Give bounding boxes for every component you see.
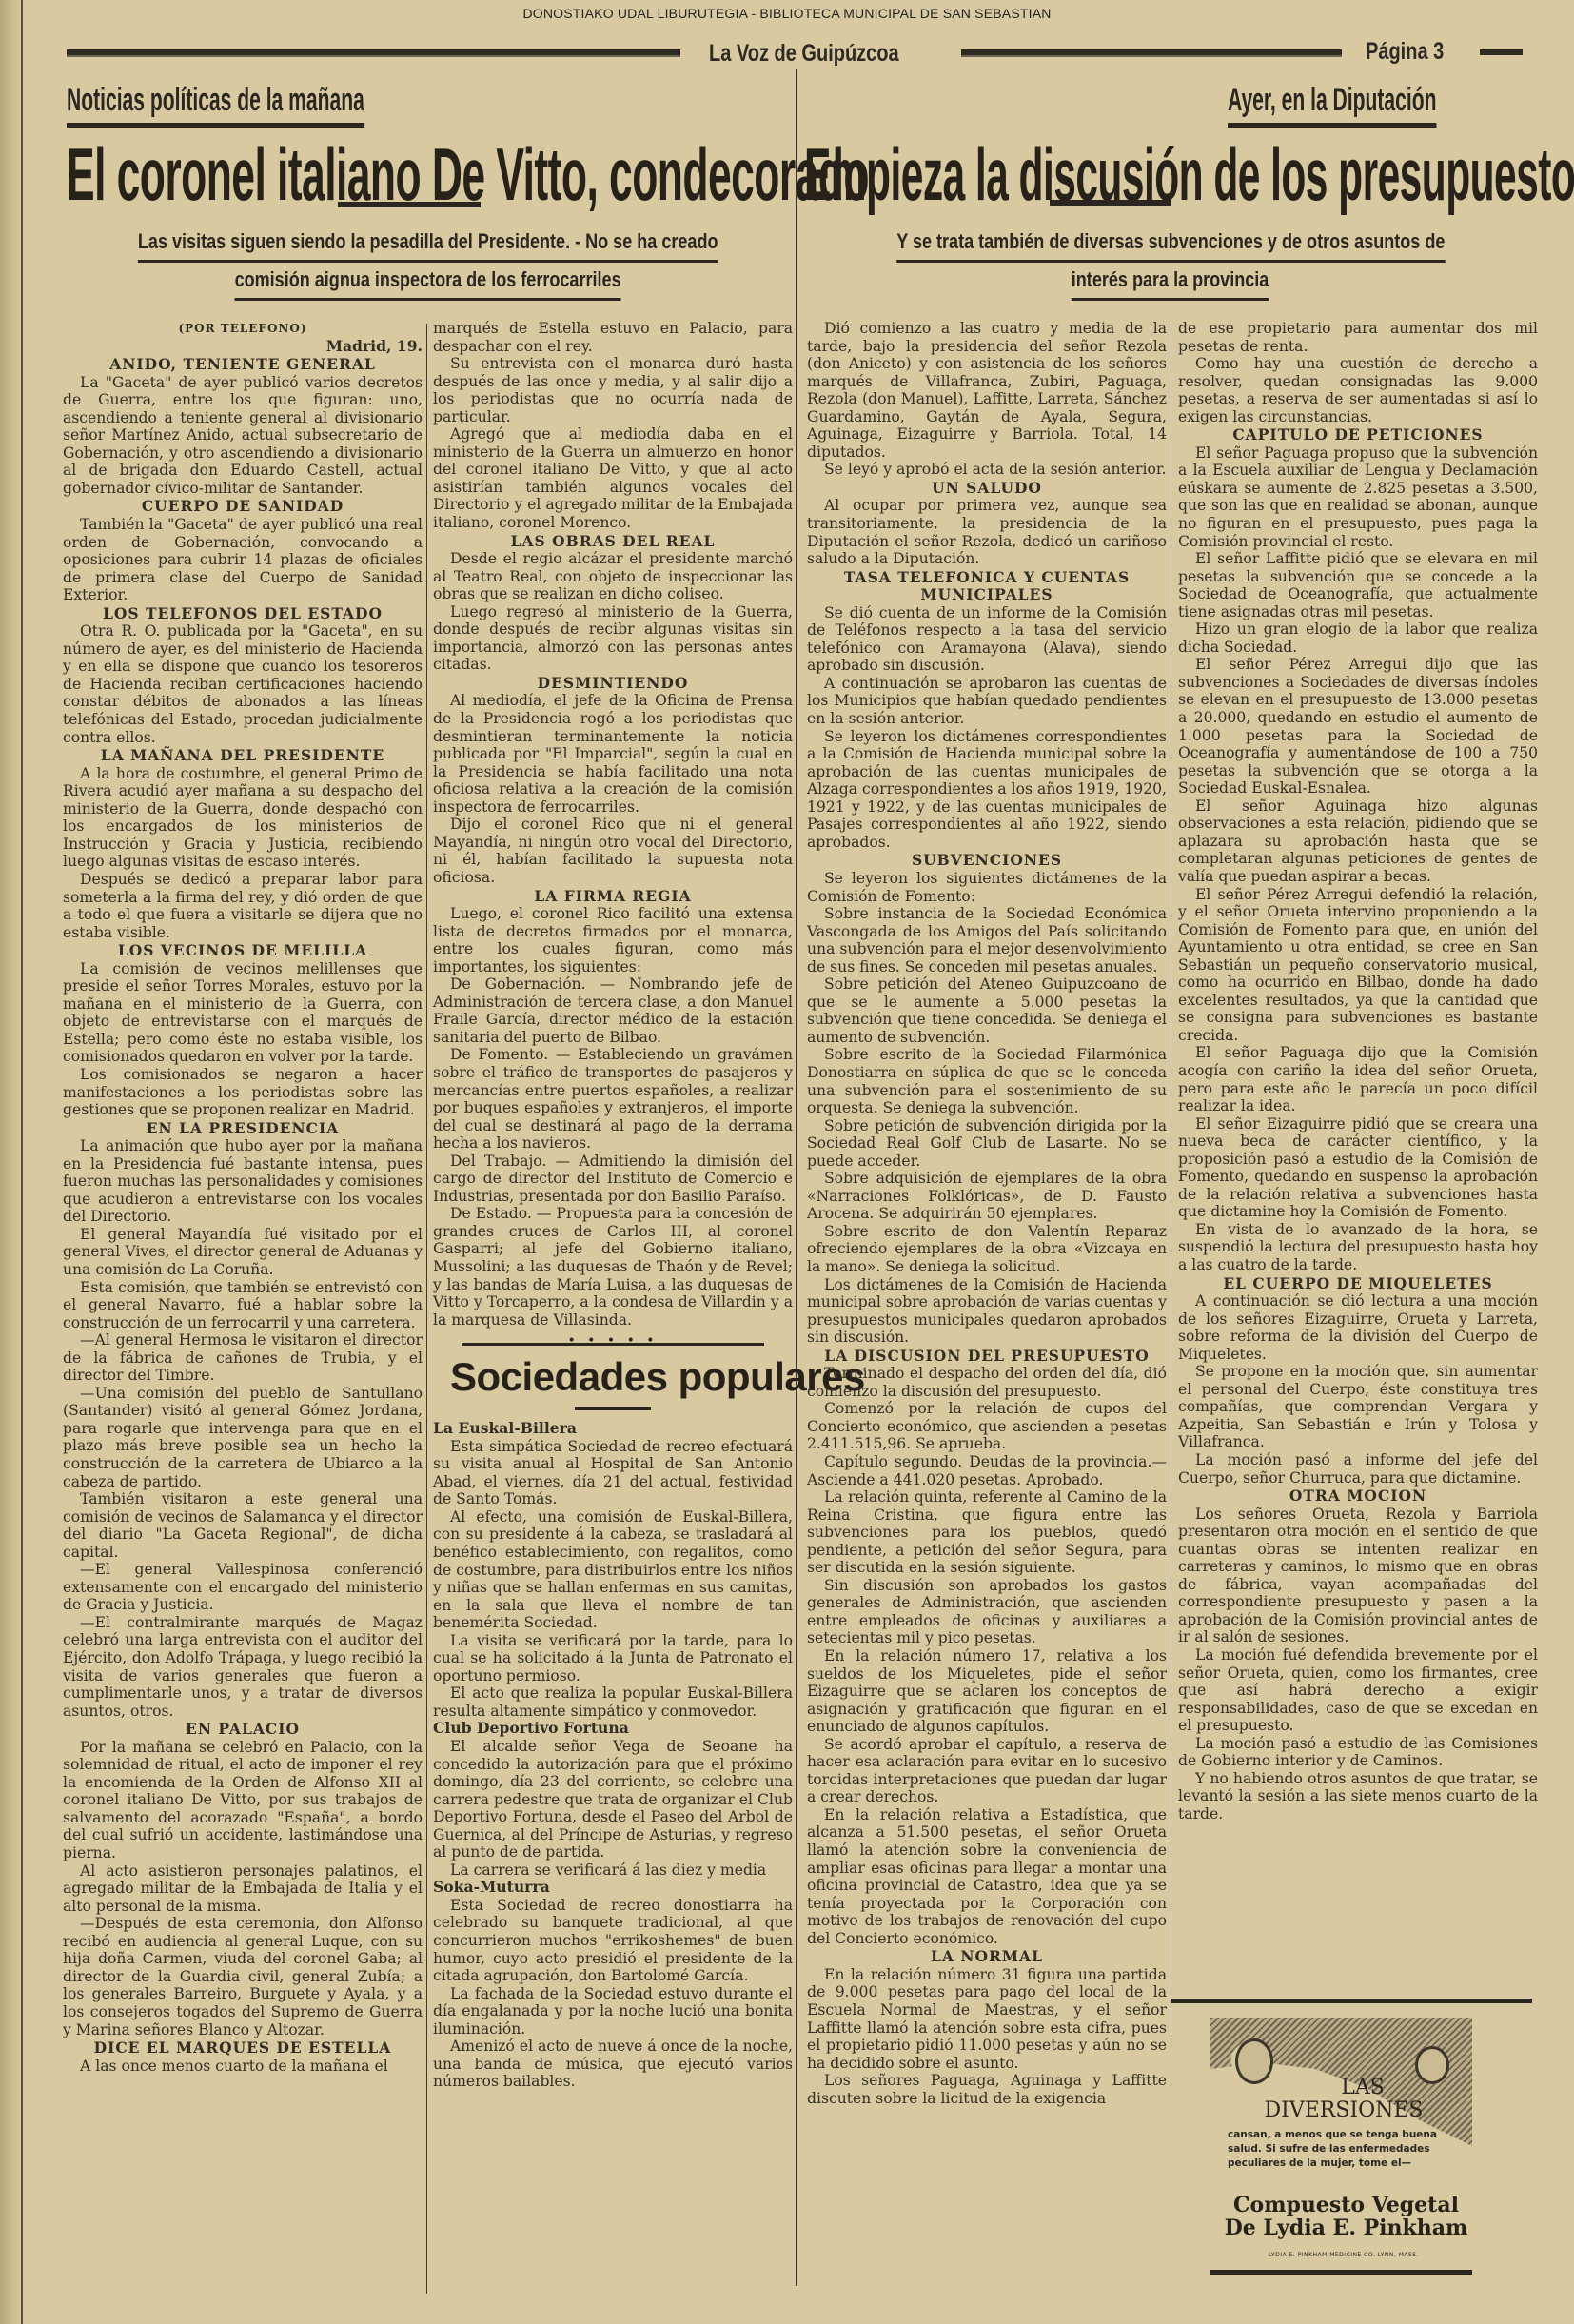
paragraph: La moción pasó a informe del jefe del Cu… xyxy=(1178,1451,1538,1487)
ad-body: cansan, a menos que se tenga buena salud… xyxy=(1228,2128,1451,2171)
paragraph: El señor Aguinaga hizo algunas observaci… xyxy=(1178,798,1538,886)
paragraph: El señor Pérez Arregui defendió la relac… xyxy=(1178,886,1538,1045)
left-deck: Las visitas siguen siendo la pesadilla d… xyxy=(67,225,790,301)
paragraph: Se dió cuenta de un informe de la Comisi… xyxy=(807,604,1167,675)
ad-maker: LYDIA E. PINKHAM MEDICINE CO. LYNN, MASS… xyxy=(1230,2252,1458,2258)
paragraph: El señor Paguaga dijo que la Comisión ac… xyxy=(1178,1044,1538,1114)
paragraph: Sobre escrito de don Valentín Reparaz of… xyxy=(807,1223,1167,1276)
paragraph: De Fomento. — Estableciendo un gravámen … xyxy=(433,1046,793,1152)
paragraph: También visitaron a este general una com… xyxy=(63,1490,423,1561)
paragraph: Sobre adquisición de ejemplares de la ob… xyxy=(807,1170,1167,1223)
paragraph: A la hora de costumbre, el general Primo… xyxy=(63,765,423,871)
paragraph: Capítulo segundo. Deudas de la provincia… xyxy=(807,1453,1167,1488)
left-deck-line1: Las visitas siguen siendo la pesadilla d… xyxy=(138,225,718,263)
paragraph: A continuación se aprobaron las cuentas … xyxy=(807,675,1167,728)
paragraph: Esta simpática Sociedad de recreo efectu… xyxy=(433,1438,793,1508)
paragraph: Por la mañana se celebró en Palacio, con… xyxy=(63,1739,423,1862)
ad-title: LAS DIVERSIONES xyxy=(1249,2077,1439,2122)
right-kicker: Ayer, en la Diputación xyxy=(1228,82,1436,128)
paragraph: En la relación número 17, relativa a los… xyxy=(807,1647,1167,1736)
column-divider-1 xyxy=(426,324,427,2294)
subheading: DESMINTIENDO xyxy=(433,675,793,693)
paragraph: Luego, el coronel Rico facilitó una exte… xyxy=(433,905,793,975)
paragraph: Se propone en la moción que, sin aumenta… xyxy=(1178,1363,1538,1451)
subheading: TASA TELEFONICA Y CUENTAS MUNICIPALES xyxy=(807,569,1167,604)
paragraph: Hizo un gran elogio de la labor que real… xyxy=(1178,620,1538,656)
column-2: marqués de Estella estuvo en Palacio, pa… xyxy=(433,320,793,2091)
subheading: EN LA PRESIDENCIA xyxy=(63,1120,423,1138)
paragraph: También la "Gaceta" de ayer publicó una … xyxy=(63,516,423,604)
paragraph: Su entrevista con el monarca duró hasta … xyxy=(433,355,793,425)
subheading: CUERPO DE SANIDAD xyxy=(63,498,423,516)
subheading: LOS TELEFONOS DEL ESTADO xyxy=(63,605,423,623)
paragraph: La animación que hubo ayer por la mañana… xyxy=(63,1137,423,1226)
paragraph: —Después de esta ceremonia, don Alfonso … xyxy=(63,1915,423,2038)
paragraph: Dió comienzo a las cuatro y media de la … xyxy=(807,320,1167,461)
paragraph: La comisión de vecinos melillenses que p… xyxy=(63,960,423,1066)
paragraph: Se leyó y aprobó el acta de la sesión an… xyxy=(807,461,1167,479)
paragraph: De Gobernación. — Nombrando jefe de Admi… xyxy=(433,975,793,1046)
right-deck-line2: interés para la provincia xyxy=(1072,263,1269,301)
subheading: EL CUERPO DE MIQUELETES xyxy=(1178,1275,1538,1293)
pinkham-advertisement: LAS DIVERSIONES cansan, a menos que se t… xyxy=(1210,2018,1472,2275)
paragraph-continued: de ese propietario para aumentar dos mil… xyxy=(1178,320,1538,355)
paragraph: —Al general Hermosa le visitaron el dire… xyxy=(63,1331,423,1385)
paragraph: Se leyeron los dictámenes correspondient… xyxy=(807,728,1167,852)
subheading: LOS VECINOS DE MELILLA xyxy=(63,942,423,960)
paragraph: La carrera se verificará á las diez y me… xyxy=(433,1861,793,1880)
masthead-rule-right xyxy=(1480,49,1523,55)
paragraph: El alcalde señor Vega de Seoane ha conce… xyxy=(433,1738,793,1861)
paragraph: La fachada de la Sociedad estuvo durante… xyxy=(433,1985,793,2038)
source-line: (POR TELEFONO) xyxy=(63,320,423,338)
column-3: Dió comienzo a las cuatro y media de la … xyxy=(807,320,1167,2107)
column-divider-3 xyxy=(1171,324,1171,2037)
paragraph: El general Mayandía fué visitado por el … xyxy=(63,1226,423,1279)
masthead-rule-left xyxy=(67,49,680,57)
paragraph: Al mediodía, el jefe de la Oficina de Pr… xyxy=(433,692,793,816)
page-number: Página 3 xyxy=(1366,38,1444,66)
paragraph: La "Gaceta" de ayer publicó varios decre… xyxy=(63,374,423,498)
column-4: de ese propietario para aumentar dos mil… xyxy=(1178,320,1538,1822)
ad-title-line1: LAS xyxy=(1249,2077,1439,2099)
subheading: CAPITULO DE PETICIONES xyxy=(1178,426,1538,444)
paragraph: Otra R. O. publicada por la "Gaceta", en… xyxy=(63,622,423,746)
paragraph: Terminado el despacho del orden del día,… xyxy=(807,1365,1167,1400)
subheading: LAS OBRAS DEL REAL xyxy=(433,533,793,551)
paragraph: Del Trabajo. — Admitiendo la dimisión de… xyxy=(433,1152,793,1206)
ad-title-line2: DIVERSIONES xyxy=(1264,2098,1423,2122)
paragraph: Se leyeron los siguientes dictámenes de … xyxy=(807,870,1167,905)
paragraph: Sobre instancia de la Sociedad Económica… xyxy=(807,905,1167,975)
paragraph: Desde el regio alcázar el presidente mar… xyxy=(433,550,793,603)
paragraph: Al acto asistieron personajes palatinos,… xyxy=(63,1862,423,1916)
paragraph: La moción pasó a estudio de las Comision… xyxy=(1178,1735,1538,1770)
society-name: Soka-Muturra xyxy=(433,1879,793,1897)
paragraph: Al efecto, una comisión de Euskal-Biller… xyxy=(433,1508,793,1632)
subheading: LA FIRMA REGIA xyxy=(433,888,793,906)
paragraph: El señor Paguaga propuso que la subvenci… xyxy=(1178,444,1538,550)
subheading: OTRA MOCION xyxy=(1178,1487,1538,1506)
ad-brand: Compuesto Vegetal De Lydia E. Pinkham xyxy=(1220,2194,1472,2239)
ad-brand-line2: De Lydia E. Pinkham xyxy=(1220,2216,1472,2239)
column-1: (POR TELEFONO) Madrid, 19. ANIDO, TENIEN… xyxy=(63,320,423,2075)
ad-top-rule xyxy=(1171,1999,1532,2003)
paragraph: Agregó que al mediodía daba en el minist… xyxy=(433,425,793,531)
subheading: UN SALUDO xyxy=(807,480,1167,498)
subheading: LA MAÑANA DEL PRESIDENTE xyxy=(63,747,423,765)
paragraph: —El contralmirante marqués de Magaz cele… xyxy=(63,1614,423,1720)
subheading: ANIDO, TENIENTE GENERAL xyxy=(63,356,423,374)
paragraph: Los señores Orueta, Rezola y Barriola pr… xyxy=(1178,1506,1538,1646)
left-kicker: Noticias políticas de la mañana xyxy=(67,82,364,128)
ornamental-rule xyxy=(433,1338,793,1349)
paragraph: Esta Sociedad de recreo donostiarra ha c… xyxy=(433,1897,793,1985)
newspaper-name: La Voz de Guipúzcoa xyxy=(709,40,899,68)
ad-brand-line1: Compuesto Vegetal xyxy=(1220,2194,1472,2216)
subheading: LA NORMAL xyxy=(807,1948,1167,1966)
paragraph: De Estado. — Propuesta para la concesión… xyxy=(433,1205,793,1329)
society-name: La Euskal-Billera xyxy=(433,1420,793,1438)
paragraph: A las once menos cuarto de la mañana el xyxy=(63,2058,423,2076)
paragraph: Sobre petición de subvención dirigida po… xyxy=(807,1117,1167,1171)
masthead: La Voz de Guipúzcoa Página 3 xyxy=(67,38,1532,67)
left-deck-line2: comisión aignua inspectora de los ferroc… xyxy=(235,263,621,301)
paragraph: —El general Vallespinosa conferenció ext… xyxy=(63,1561,423,1614)
paragraph: —Una comisión del pueblo de Santullano (… xyxy=(63,1385,423,1490)
paragraph: Comenzó por la relación de cupos del Con… xyxy=(807,1400,1167,1453)
paragraph: Sobre petición del Ateneo Guipuzcoano de… xyxy=(807,975,1167,1046)
right-headline: Empieza la discusión de los presupuestos xyxy=(804,131,1574,218)
archive-banner: DONOSTIAKO UDAL LIBURUTEGIA - BIBLIOTECA… xyxy=(0,6,1574,21)
paragraph: A continuación se dió lectura a una moci… xyxy=(1178,1292,1538,1363)
paragraph: La visita se verificará por la tarde, pa… xyxy=(433,1632,793,1685)
paragraph: El señor Laffitte pidió que se elevara e… xyxy=(1178,550,1538,620)
left-headline-rule xyxy=(338,202,481,207)
paragraph: Y no habiendo otros asuntos de que trata… xyxy=(1178,1770,1538,1823)
subheading: SUBVENCIONES xyxy=(807,852,1167,870)
right-headline-rule xyxy=(1050,200,1171,206)
society-name: Club Deportivo Fortuna xyxy=(433,1720,793,1738)
paragraph: Los señores Paguaga, Aguinaga y Laffitte… xyxy=(807,2072,1167,2107)
paragraph: Como hay una cuestión de derecho a resol… xyxy=(1178,355,1538,425)
paragraph: El señor Pérez Arregui dijo que las subv… xyxy=(1178,656,1538,797)
right-deck-line1: Y se trata también de diversas subvencio… xyxy=(896,225,1445,263)
dateline: Madrid, 19. xyxy=(63,338,423,356)
paragraph: Los dictámenes de la Comisión de Haciend… xyxy=(807,1276,1167,1347)
paragraph: Amenizó el acto de nueve á once de la no… xyxy=(433,2038,793,2091)
paragraph: Esta comisión, que también se entrevistó… xyxy=(63,1279,423,1332)
subheading: DICE EL MARQUES DE ESTELLA xyxy=(63,2039,423,2058)
paragraph: La moción fué defendida brevemente por e… xyxy=(1178,1646,1538,1735)
right-deck: Y se trata también de diversas subvencio… xyxy=(804,225,1537,301)
paragraph: En vista de lo avanzado de la hora, se s… xyxy=(1178,1221,1538,1274)
paragraph: En la relación relativa a Estadística, q… xyxy=(807,1806,1167,1947)
paragraph: La relación quinta, referente al Camino … xyxy=(807,1488,1167,1577)
paragraph: Sobre escrito de la Sociedad Filarmónica… xyxy=(807,1046,1167,1116)
sociedades-rule xyxy=(575,1407,651,1410)
paragraph: Sin discusión son aprobados los gastos g… xyxy=(807,1577,1167,1647)
paragraph: Se acordó aprobar el capítulo, a reserva… xyxy=(807,1736,1167,1806)
paragraph: El acto que realiza la popular Euskal-Bi… xyxy=(433,1684,793,1720)
story-divider xyxy=(796,69,797,2286)
paragraph: En la relación número 31 figura una part… xyxy=(807,1966,1167,2072)
paragraph: Dijo el coronel Rico que ni el general M… xyxy=(433,816,793,886)
subheading: LA DISCUSION DEL PRESUPUESTO xyxy=(807,1348,1167,1366)
paragraph: Después se dedicó a preparar labor para … xyxy=(63,871,423,941)
paragraph: Luego regresó al ministerio de la Guerra… xyxy=(433,603,793,674)
sociedades-title: Sociedades populares xyxy=(433,1353,793,1401)
paragraph: Los comisionados se negaron a hacer mani… xyxy=(63,1066,423,1119)
subheading: EN PALACIO xyxy=(63,1721,423,1739)
masthead-rule-middle xyxy=(961,49,1342,57)
paragraph: El señor Eizaguirre pidió que se creara … xyxy=(1178,1115,1538,1221)
paragraph: Al ocupar por primera vez, aunque sea tr… xyxy=(807,497,1167,567)
page-binding-edge xyxy=(0,0,23,2324)
paragraph-continued: marqués de Estella estuvo en Palacio, pa… xyxy=(433,320,793,355)
